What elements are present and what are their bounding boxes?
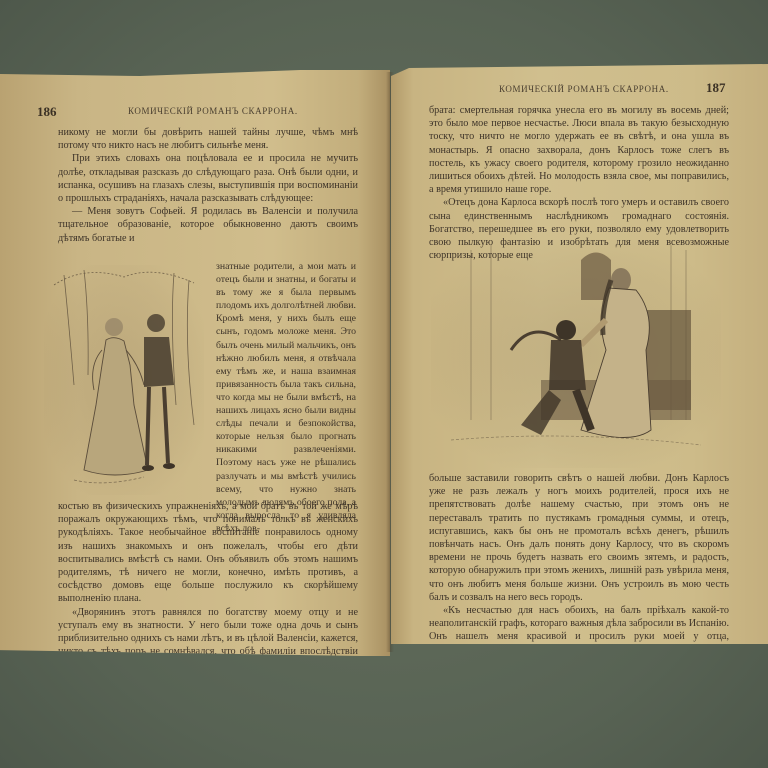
paragraph: «Наша счастливая жизнь была прервана сме…	[58, 738, 358, 764]
left-page: 186 Комическій романъ Скаррона. никому н…	[0, 70, 390, 656]
paragraph: костью въ физическихъ упражненіяхъ, а мо…	[58, 500, 358, 606]
illustration-couple-engraving	[44, 265, 204, 495]
paragraph: знатные родители, а мои мать и отецъ был…	[216, 260, 356, 535]
text-block-top: никому не могли бы довѣрить нашей тайны …	[58, 126, 358, 245]
running-header: Комическій романъ Скаррона.	[128, 106, 298, 116]
paragraph: больше заставили говорить свѣтъ о нашей …	[429, 472, 729, 604]
text-block-top: брата: смертельная горячка унесла его въ…	[429, 104, 729, 262]
text-block-bottom: костью въ физическихъ упражненіяхъ, а мо…	[58, 500, 358, 764]
open-book: 186 Комическій романъ Скаррона. никому н…	[0, 62, 768, 657]
engraving-image	[431, 240, 721, 468]
text-column-beside-illustration: знатные родители, а мои мать и отецъ был…	[216, 260, 356, 535]
paragraph: — Меня зовутъ Софьей. Я родилась въ Вале…	[58, 205, 358, 245]
right-page: Комическій романъ Скаррона. 187 брата: с…	[391, 62, 768, 644]
page-number: 187	[706, 80, 726, 96]
engraving-image	[44, 265, 204, 495]
illustration-kneeling-suitor-engraving	[431, 240, 721, 468]
paragraph: «Къ несчастью для насъ обоихъ, на балъ п…	[429, 604, 729, 710]
paragraph: брата: смертельная горячка унесла его въ…	[429, 104, 729, 196]
paragraph: «Дворянинъ этотъ равнялся по богатству м…	[58, 606, 358, 738]
paragraph: При этихъ словахъ она поцѣловала ее и пр…	[58, 152, 358, 205]
running-header: Комическій романъ Скаррона.	[499, 84, 669, 94]
page-number: 186	[37, 104, 57, 120]
text-block-bottom: больше заставили говорить свѣтъ о нашей …	[429, 472, 729, 710]
paragraph: никому не могли бы довѣрить нашей тайны …	[58, 126, 358, 152]
